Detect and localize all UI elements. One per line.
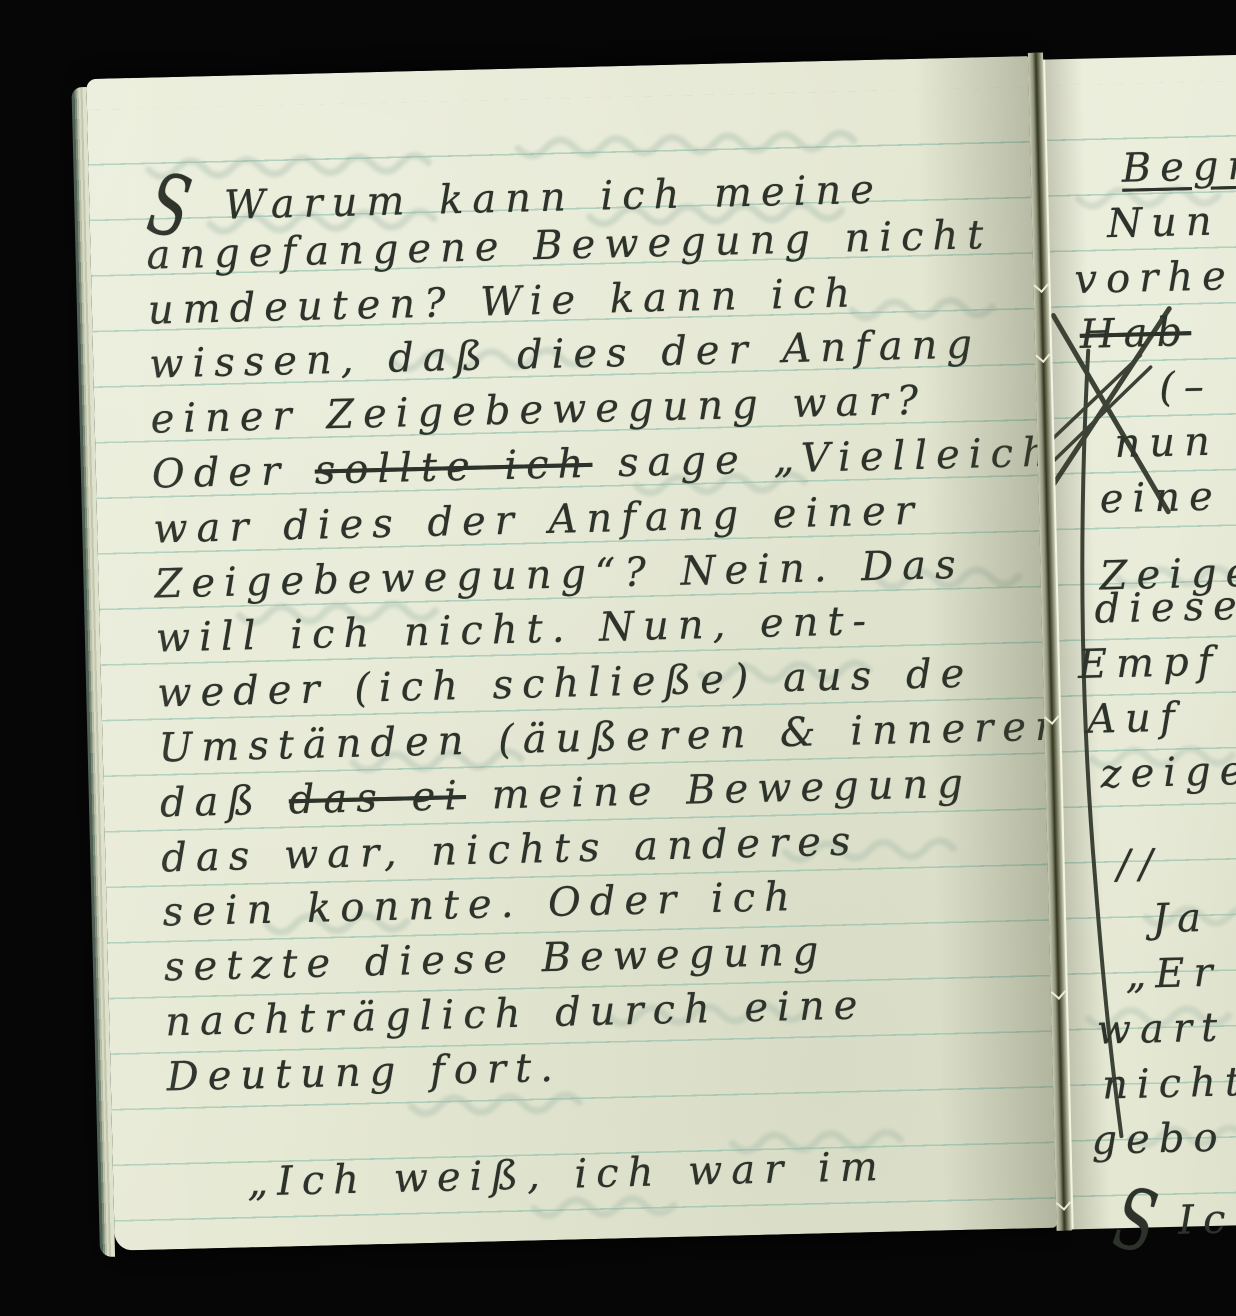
left-page: SWarum kann ich meineangefangene Bewegun… [86, 56, 1056, 1251]
handwriting-line: Ja [1151, 885, 1236, 947]
handwriting-line: Begra [1121, 134, 1236, 196]
struck-text: das ei [288, 773, 466, 823]
right-page-writing: BegraNunvorherHab(–nuneineZeigeFdieseEmp… [1061, 134, 1236, 1243]
handwriting-line: nicht [1102, 1050, 1236, 1113]
struck-text: Hab [1079, 309, 1191, 358]
handwriting-line: eine [1099, 464, 1236, 527]
stitch-thread [1035, 348, 1051, 364]
stitch-thread [1051, 984, 1067, 1000]
notebook-spread: SWarum kann ich meineangefangene Bewegun… [86, 47, 1236, 1251]
section-mark: S [1109, 1178, 1172, 1265]
right-page: BegraNunvorherHab(–nuneineZeigeFdieseEmp… [1043, 51, 1236, 1230]
handwriting-line: vorher [1074, 244, 1236, 308]
handwriting-line: wart [1096, 995, 1236, 1058]
left-page-writing: SWarum kann ich meineangefangene Bewegun… [145, 152, 1050, 1212]
handwriting-line: Nun [1106, 189, 1236, 252]
handwriting-line: „Er [1125, 940, 1236, 1003]
handwriting-line: ZeigeF [1099, 519, 1236, 582]
handwriting-line: nun [1114, 409, 1236, 472]
handwriting-line: zeige [1100, 739, 1236, 802]
handwriting-line: (– [1158, 354, 1236, 416]
handwriting-line: diese [1094, 574, 1236, 637]
struck-text: sollte ich [314, 441, 593, 494]
stitch-thread [1044, 709, 1060, 725]
scanned-photo-background: { "notebook": { "description_title": "",… [0, 0, 1236, 1316]
stitch-thread [1056, 1195, 1072, 1211]
handwriting-line: gebo [1091, 1105, 1236, 1169]
handwriting-line: // [1116, 830, 1236, 893]
stitch-thread [1033, 278, 1049, 294]
handwriting-line: SIch [1115, 1180, 1236, 1243]
handwriting-line: „Ich weiß, ich war im [169, 1135, 1050, 1211]
handwriting-line: Auf [1087, 684, 1236, 747]
handwriting-line: Hab [1079, 299, 1236, 362]
handwriting-line: Empf [1077, 629, 1236, 693]
